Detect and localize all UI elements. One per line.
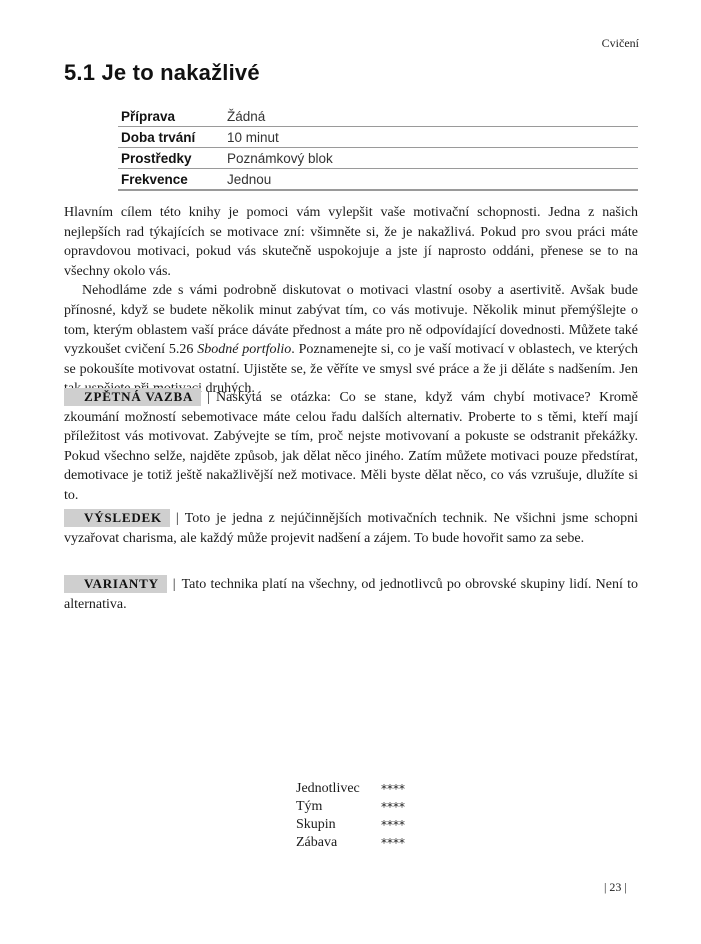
section-label: VÝSLEDEK <box>64 509 170 527</box>
meta-row-duration: Doba trvání 10 minut <box>118 127 638 148</box>
rating-row: Zábava **** <box>296 834 405 852</box>
rating-stars-icon: **** <box>381 834 405 852</box>
separator: | <box>173 577 176 592</box>
separator: | <box>176 511 179 526</box>
intro-text: Hlavním cílem této knihy je pomoci vám v… <box>64 203 638 399</box>
meta-label: Prostředky <box>118 148 224 169</box>
rating-stars-icon: **** <box>381 798 405 816</box>
intro-paragraph-1: Hlavním cílem této knihy je pomoci vám v… <box>64 203 638 281</box>
meta-value: Jednou <box>224 169 638 191</box>
separator: | <box>207 390 210 405</box>
rating-name: Zábava <box>296 834 381 852</box>
rating-name: Jednotlivec <box>296 780 381 798</box>
meta-row-frequency: Frekvence Jednou <box>118 169 638 191</box>
meta-label: Příprava <box>118 106 224 127</box>
meta-row-materials: Prostředky Poznámkový blok <box>118 148 638 169</box>
intro-paragraph-2: Nehodláme zde s vámi podrobně diskutovat… <box>64 281 638 399</box>
ratings-table: Jednotlivec **** Tým **** Skupin **** Zá… <box>296 780 405 852</box>
rating-row: Skupin **** <box>296 816 405 834</box>
rating-stars-icon: **** <box>381 816 405 834</box>
page-number: | 23 | <box>604 880 627 895</box>
section-result: VÝSLEDEK|Toto je jedna z nejúčinnějších … <box>64 509 638 548</box>
section-label: VARIANTY <box>64 575 167 593</box>
section-label: ZPĚTNÁ VAZBA <box>64 388 201 406</box>
rating-name: Skupin <box>296 816 381 834</box>
rating-name: Tým <box>296 798 381 816</box>
section-feedback: ZPĚTNÁ VAZBA|Naskýtá se otázka: Co se st… <box>64 388 638 506</box>
section-text: Naskýtá se otázka: Co se stane, když vám… <box>64 390 638 503</box>
exercise-title: 5.1 Je to nakažlivé <box>64 60 260 86</box>
rating-row: Tým **** <box>296 798 405 816</box>
meta-row-preparation: Příprava Žádná <box>118 106 638 127</box>
rating-row: Jednotlivec **** <box>296 780 405 798</box>
rating-stars-icon: **** <box>381 780 405 798</box>
running-head: Cvičení <box>602 36 639 51</box>
section-variants: VARIANTY|Tato technika platí na všechny,… <box>64 575 638 614</box>
meta-value: 10 minut <box>224 127 638 148</box>
meta-value: Poznámkový blok <box>224 148 638 169</box>
meta-label: Doba trvání <box>118 127 224 148</box>
meta-value: Žádná <box>224 106 638 127</box>
meta-label: Frekvence <box>118 169 224 191</box>
exercise-reference: Sbodné portfolio <box>197 342 291 357</box>
exercise-meta-table: Příprava Žádná Doba trvání 10 minut Pros… <box>118 106 638 191</box>
